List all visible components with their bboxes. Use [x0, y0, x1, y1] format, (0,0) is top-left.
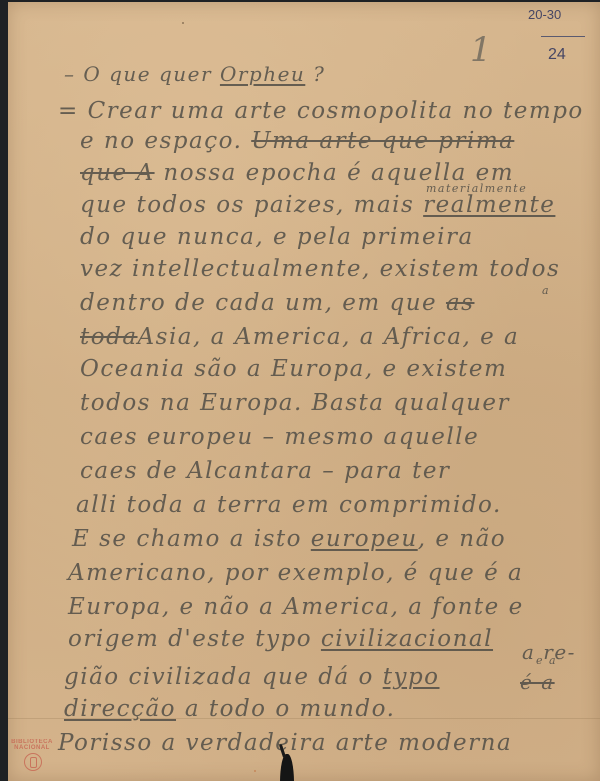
manuscript-line-9: todaAsia, a America, a Africa, e a — [80, 324, 519, 350]
manuscript-page: 20-30 24 1 – O que quer Orpheu ? = Crear… — [8, 2, 600, 781]
underlined-word: europeu — [311, 526, 418, 552]
manuscript-line-3: e no espaço. Uma arte que prima — [80, 128, 514, 154]
underlined-word: realmente — [423, 192, 555, 218]
line-text: Asia, a America, a Africa, e a — [138, 324, 520, 350]
line-text: a todo o mundo. — [176, 696, 395, 722]
manuscript-line-10: Oceania são a Europa, e existem — [80, 356, 507, 382]
interlinear-insertion: e a — [536, 654, 557, 667]
manuscript-line-17: Europa, e não a America, a fonte e — [68, 594, 524, 620]
line-text: e no espaço. — [80, 128, 251, 154]
manuscript-line-20: direcção a todo o mundo. — [64, 696, 395, 722]
manuscript-line-19: gião civilizada que dá o typo — [64, 664, 440, 690]
underlined-word: civilizacional — [321, 626, 493, 652]
line-text: dentro de cada um, em que — [80, 290, 446, 316]
line-text: origem d'este typo — [68, 626, 321, 652]
struck-text: é a — [520, 670, 555, 694]
stamp-text: BIBLIOTECA NACIONAL — [8, 739, 58, 751]
underlined-word: Orpheu — [220, 62, 305, 86]
struck-text: toda — [80, 324, 138, 350]
struck-text: as — [446, 290, 475, 316]
archive-number-bottom: 24 — [548, 46, 566, 64]
manuscript-line-6: do que nunca, e pela primeira — [80, 224, 474, 250]
underlined-word: direcção — [64, 696, 176, 722]
struck-text: Uma arte que prima — [251, 128, 514, 154]
paper-speck — [254, 770, 256, 772]
archive-number-top: 20-30 — [528, 7, 561, 22]
manuscript-line-16: Americano, por exemplo, é que é a — [68, 560, 523, 586]
library-stamp: BIBLIOTECA NACIONAL — [10, 737, 54, 781]
manuscript-line-5: que todos os paizes, mais realmente — [80, 192, 555, 218]
interlinear-insertion: a — [542, 284, 550, 297]
manuscript-line-14: alli toda a terra em comprimido. — [76, 492, 502, 518]
manuscript-line-8: dentro de cada um, em que as — [80, 290, 474, 316]
manuscript-line-7: vez intellectualmente, existem todos — [80, 256, 560, 282]
line-text: , e não — [418, 526, 506, 552]
manuscript-line-18: origem d'este typo civilizacional — [68, 626, 493, 652]
manuscript-line-2: = Crear uma arte cosmopolita no tempo — [58, 98, 584, 124]
archive-number-rule — [541, 36, 585, 37]
line-text: que todos os paizes, mais — [80, 192, 423, 218]
ink-blot — [280, 754, 294, 781]
page-number: 1 — [470, 30, 492, 70]
line-text: E se chamo a isto — [72, 526, 311, 552]
line-text: gião civilizada que dá o — [64, 664, 383, 690]
manuscript-line-12: caes europeu – mesmo aquelle — [80, 424, 479, 450]
struck-text: que A — [80, 160, 155, 186]
manuscript-line-15: E se chamo a isto europeu, e não — [72, 526, 506, 552]
manuscript-line-13: caes de Alcantara – para ter — [80, 458, 450, 484]
manuscript-line-21: Porisso a verdadeira arte moderna — [58, 730, 512, 756]
manuscript-line-11: todos na Europa. Basta qualquer — [80, 390, 510, 416]
line-text: – O que quer — [64, 62, 220, 86]
stamp-emblem-icon — [24, 753, 42, 771]
paper-speck — [182, 22, 184, 24]
manuscript-line-1: – O que quer Orpheu ? — [64, 62, 325, 86]
underlined-word: typo — [383, 664, 440, 690]
line-text: ? — [305, 62, 325, 86]
